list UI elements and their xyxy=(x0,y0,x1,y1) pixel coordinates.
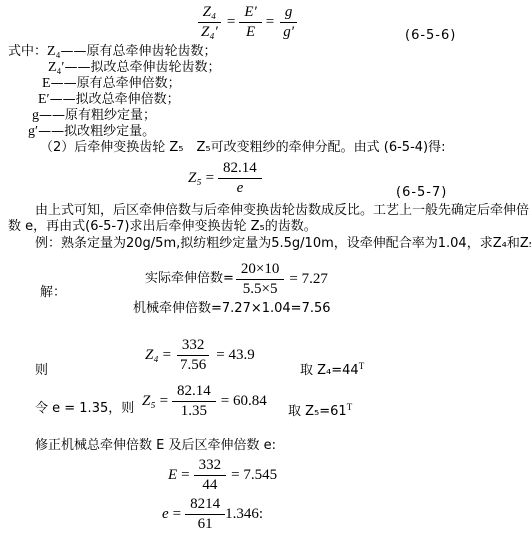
then-lead: 则 xyxy=(35,363,48,379)
denominator: g′ xyxy=(278,23,299,41)
result-value: = 7.545 xyxy=(226,467,277,484)
take-z4-note: 取 Z₄=44T xyxy=(300,363,364,379)
fraction-g-ratio: g g′ xyxy=(278,4,299,42)
equation-e-corrected: e = 8214 61 1.346: xyxy=(162,496,263,534)
numerator: 82.14 xyxy=(218,160,262,179)
numerator: E′ xyxy=(239,4,261,23)
denominator: 7.56 xyxy=(175,356,211,374)
where-term: Z₄ xyxy=(47,44,60,59)
equals-sign: = xyxy=(159,347,175,364)
denominator: 1.35 xyxy=(176,402,212,420)
numerator: 8214 xyxy=(185,496,225,515)
where-desc: ——原有总牵伸倍数； xyxy=(51,76,181,91)
equals-sign: = xyxy=(169,506,185,523)
fraction-actual-draft: 20×10 5.5×5 xyxy=(236,261,284,299)
denominator: e xyxy=(232,179,249,197)
where-desc: ——原有粗纱定量； xyxy=(39,108,156,123)
where-line-2: Z₄′——拟改总牵伸齿轮齿数； xyxy=(48,60,221,76)
where-line-3: E——原有总牵伸倍数； xyxy=(42,76,181,92)
denominator: 5.5×5 xyxy=(238,280,283,298)
equals-sign: = xyxy=(156,393,172,410)
where-line-6: g′——拟改粗纱定量。 xyxy=(28,124,155,140)
mechanical-draft-line: 机械牵伸倍数=7.27×1.04=7.56 xyxy=(133,301,331,317)
take-text: 取 Z₄=44 xyxy=(300,363,359,378)
numerator: g xyxy=(280,4,298,23)
paragraph-inverse-line2: 数 e，再由式(6-5-7)求出后牵伸变换齿轮 Z₅的齿数。 xyxy=(8,219,317,235)
take-z5-note: 取 Z₅=61T xyxy=(288,404,352,420)
where-term: E xyxy=(42,76,51,91)
example-statement: 例：熟条定量为20g/5m,拟纺粗纱定量为5.5g/10m，设牵伸配合率为1.0… xyxy=(35,236,531,252)
denominator: E xyxy=(241,23,260,41)
numerator: 20×10 xyxy=(236,261,284,280)
result-value: = 60.84 xyxy=(216,393,267,410)
numerator: 82.14 xyxy=(172,383,216,402)
teeth-superscript: T xyxy=(359,361,365,371)
where-term: Z₄′ xyxy=(48,60,65,75)
where-term: g′ xyxy=(28,124,38,139)
where-term: g xyxy=(32,108,39,123)
equation-6-5-7: Z₅ = 82.14 e xyxy=(188,160,262,198)
equation-z4-value: Z₄ = 332 7.56 = 43.9 xyxy=(145,337,255,375)
equals-sign: = xyxy=(223,14,239,31)
fraction-332-44: 332 44 xyxy=(194,457,227,495)
equation-label-6-5-6: (6-5-6) xyxy=(405,28,456,44)
where-desc: ——拟改粗纱定量。 xyxy=(38,124,155,139)
paragraph-z5-intro: （2）后牵伸变换齿轮 Z₅ Z₅可改变粗纱的牵伸分配。由式 (6-5-4)得: xyxy=(40,140,446,156)
fraction-e-ratio: E′ E xyxy=(239,4,261,42)
take-text: 取 Z₅=61 xyxy=(288,404,347,419)
numerator: Z₄ xyxy=(198,4,222,23)
equation-E-corrected: E = 332 44 = 7.545 xyxy=(168,457,277,495)
where-line-4: E′——拟改总牵伸倍数； xyxy=(38,92,180,108)
equals-sign: = xyxy=(202,170,218,187)
where-prefix: 式中： xyxy=(8,44,47,59)
equation-actual-draft: 实际牵伸倍数= 20×10 5.5×5 = 7.27 xyxy=(145,261,328,299)
where-line-1: 式中：Z₄——原有总牵伸齿轮齿数； xyxy=(8,44,216,60)
lhs-variable: Z₅ xyxy=(142,393,156,410)
correction-heading: 修正机械总牵伸倍数 E 及后区牵伸倍数 e: xyxy=(35,438,276,454)
denominator: 61 xyxy=(193,515,218,533)
equation-6-5-6: Z₄ Z₄′ = E′ E = g g′ xyxy=(196,4,299,42)
equals-sign: = xyxy=(262,14,278,31)
where-desc: ——原有总牵伸齿轮齿数； xyxy=(60,44,216,59)
where-desc: ——拟改总牵伸倍数； xyxy=(50,92,180,107)
paragraph-inverse-line1: 由上式可知，后区牵伸倍数与后牵伸变换齿轮齿数成反比。工艺上一般先确定后牵伸倍 xyxy=(35,203,529,219)
result-value: 1.346: xyxy=(225,506,263,523)
teeth-superscript: T xyxy=(347,402,353,412)
actual-draft-prefix: 实际牵伸倍数= xyxy=(145,272,236,287)
equals-sign: = xyxy=(177,467,193,484)
fraction-z4-ratio: Z₄ Z₄′ xyxy=(196,4,223,42)
result-value: = 43.9 xyxy=(211,347,254,364)
document-page: Z₄ Z₄′ = E′ E = g g′ (6-5-6) 式中：Z₄——原有总牵… xyxy=(0,0,531,535)
numerator: 332 xyxy=(177,337,210,356)
denominator: 44 xyxy=(197,476,222,494)
fraction-332-756: 332 7.56 xyxy=(175,337,211,375)
lhs-variable: Z₅ xyxy=(188,170,202,187)
numerator: 332 xyxy=(194,457,227,476)
where-line-5: g——原有粗纱定量； xyxy=(32,108,156,124)
where-term: E′ xyxy=(38,92,50,107)
lhs-variable: e xyxy=(162,506,169,523)
denominator: Z₄′ xyxy=(196,23,223,41)
fraction-8214-61: 8214 61 xyxy=(185,496,225,534)
lhs-variable: E xyxy=(168,467,177,484)
equation-z5-value: Z₅ = 82.14 1.35 = 60.84 xyxy=(142,383,267,421)
fraction-8214-135: 82.14 1.35 xyxy=(172,383,216,421)
where-desc: ——拟改总牵伸齿轮齿数； xyxy=(65,60,221,75)
result-value: = 7.27 xyxy=(284,271,327,288)
fraction-8214-e: 82.14 e xyxy=(218,160,262,198)
let-lead: 令 e = 1.35，则 xyxy=(35,401,134,417)
equation-label-6-5-7: (6-5-7) xyxy=(396,185,447,201)
solution-label: 解： xyxy=(40,285,66,301)
lhs-variable: Z₄ xyxy=(145,347,159,364)
